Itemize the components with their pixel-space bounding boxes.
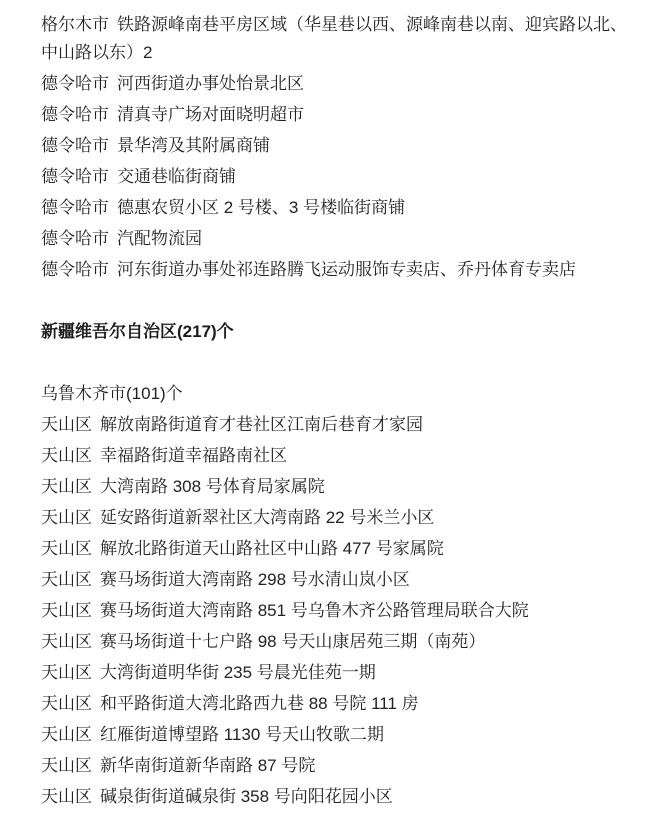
list-item: 德令哈市河西街道办事处怡景北区: [41, 70, 632, 98]
location-text: 大湾街道明华街 235 号晨光佳苑一期: [100, 663, 376, 682]
region-heading: 新疆维吾尔自治区(217)个: [41, 318, 632, 346]
city-label: 德令哈市: [41, 167, 109, 186]
location-text: 红雁街道博望路 1130 号天山牧歌二期: [100, 725, 384, 744]
location-text: 清真寺广场对面晓明超市: [117, 105, 304, 124]
location-text: 德惠农贸小区 2 号楼、3 号楼临街商铺: [117, 198, 405, 217]
document-page: 格尔木市铁路源峰南巷平房区域（华星巷以西、源峰南巷以南、迎宾路以北、中山路以东）…: [0, 0, 650, 837]
district-label: 天山区: [41, 632, 92, 651]
location-text: 幸福路街道幸福路南社区: [100, 446, 287, 465]
district-label: 天山区: [41, 694, 92, 713]
district-label: 天山区: [41, 415, 92, 434]
city-label: 德令哈市: [41, 74, 109, 93]
list-item: 德令哈市德惠农贸小区 2 号楼、3 号楼临街商铺: [41, 194, 632, 222]
list-item: 德令哈市景华湾及其附属商铺: [41, 132, 632, 160]
list-item: 德令哈市交通巷临街商铺: [41, 163, 632, 191]
list-item: 天山区赛马场街道大湾南路 298 号水清山岚小区: [41, 566, 632, 594]
list-item: 天山区赛马场街道十七户路 98 号天山康居苑三期（南苑）: [41, 628, 632, 656]
district-label: 天山区: [41, 725, 92, 744]
location-text: 赛马场街道大湾南路 298 号水清山岚小区: [100, 570, 410, 589]
list-item: 天山区新华南街道新华南路 87 号院: [41, 752, 632, 780]
location-text: 大湾南路 308 号体育局家属院: [100, 477, 325, 496]
district-label: 天山区: [41, 756, 92, 775]
district-label: 天山区: [41, 539, 92, 558]
list-item: 天山区红雁街道博望路 1130 号天山牧歌二期: [41, 721, 632, 749]
list-item: 天山区碱泉街街道碱泉街 358 号向阳花园小区: [41, 783, 632, 811]
location-text: 解放南路街道育才巷社区江南后巷育才家园: [100, 415, 423, 434]
list-item: 格尔木市铁路源峰南巷平房区域（华星巷以西、源峰南巷以南、迎宾路以北、中山路以东）…: [41, 11, 632, 67]
list-item: 天山区解放南路街道育才巷社区江南后巷育才家园: [41, 411, 632, 439]
location-text: 赛马场街道大湾南路 851 号乌鲁木齐公路管理局联合大院: [100, 601, 529, 620]
list-item: 天山区大湾街道明华街 235 号晨光佳苑一期: [41, 659, 632, 687]
list-item: 天山区大湾南路 308 号体育局家属院: [41, 473, 632, 501]
list-item: 德令哈市清真寺广场对面晓明超市: [41, 101, 632, 129]
location-text: 景华湾及其附属商铺: [117, 136, 270, 155]
location-text: 交通巷临街商铺: [117, 167, 236, 186]
list-item: 天山区幸福路街道幸福路南社区: [41, 442, 632, 470]
location-text: 延安路街道新翠社区大湾南路 22 号米兰小区: [100, 508, 434, 527]
district-label: 天山区: [41, 570, 92, 589]
list-item: 天山区延安路街道新翠社区大湾南路 22 号米兰小区: [41, 504, 632, 532]
location-text: 碱泉街街道碱泉街 358 号向阳花园小区: [100, 787, 393, 806]
district-label: 天山区: [41, 663, 92, 682]
location-text: 汽配物流园: [117, 229, 202, 248]
list-item: 德令哈市汽配物流园: [41, 225, 632, 253]
list-item: 天山区解放北路街道天山路社区中山路 477 号家属院: [41, 535, 632, 563]
city-label: 德令哈市: [41, 229, 109, 248]
city-label: 格尔木市: [41, 15, 109, 34]
city-heading: 乌鲁木齐市(101)个: [41, 380, 632, 408]
district-label: 天山区: [41, 477, 92, 496]
location-text: 和平路街道大湾北路西九巷 88 号院 111 房: [100, 694, 419, 713]
location-text: 河东街道办事处祁连路腾飞运动服饰专卖店、乔丹体育专卖店: [117, 260, 576, 279]
district-label: 天山区: [41, 787, 92, 806]
list-item: 德令哈市河东街道办事处祁连路腾飞运动服饰专卖店、乔丹体育专卖店: [41, 256, 632, 284]
article-body: 格尔木市铁路源峰南巷平房区域（华星巷以西、源峰南巷以南、迎宾路以北、中山路以东）…: [0, 0, 650, 837]
city-label: 德令哈市: [41, 105, 109, 124]
city-label: 德令哈市: [41, 198, 109, 217]
city-label: 德令哈市: [41, 260, 109, 279]
location-text: 河西街道办事处怡景北区: [117, 74, 304, 93]
location-text: 新华南街道新华南路 87 号院: [100, 756, 315, 775]
district-label: 天山区: [41, 446, 92, 465]
list-item: 天山区和平路街道大湾北路西九巷 88 号院 111 房: [41, 690, 632, 718]
district-label: 天山区: [41, 601, 92, 620]
list-item: 天山区赛马场街道大湾南路 851 号乌鲁木齐公路管理局联合大院: [41, 597, 632, 625]
location-text: 解放北路街道天山路社区中山路 477 号家属院: [100, 539, 444, 558]
city-label: 德令哈市: [41, 136, 109, 155]
location-text: 铁路源峰南巷平房区域（华星巷以西、源峰南巷以南、迎宾路以北、中山路以东）2: [41, 15, 627, 62]
district-label: 天山区: [41, 508, 92, 527]
location-text: 赛马场街道十七户路 98 号天山康居苑三期（南苑）: [100, 632, 485, 651]
